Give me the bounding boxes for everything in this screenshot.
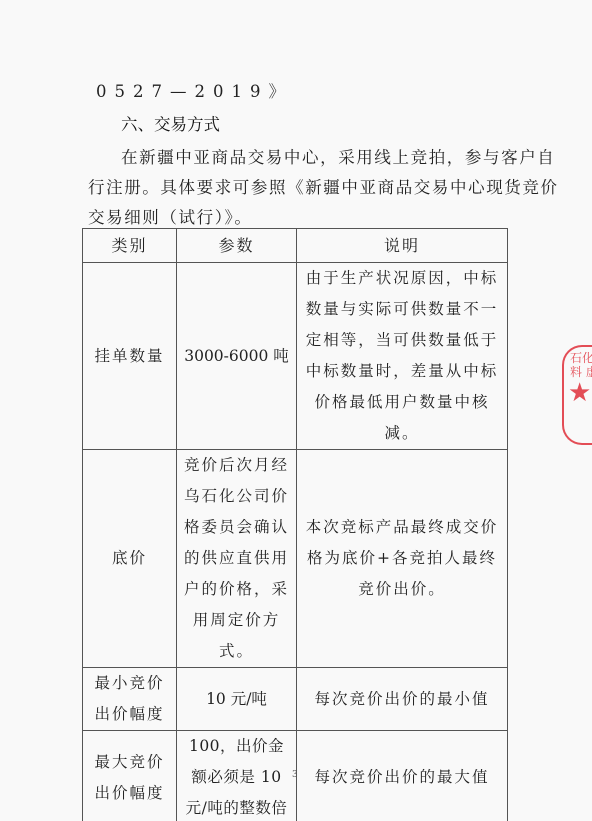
cell-description: 每次竞价出价的最小值 <box>297 668 508 731</box>
stamp-text-1: 石化 <box>570 351 592 365</box>
cell-parameter: 3000-6000 吨 <box>177 263 297 450</box>
table-row: 最小竞价出价幅度 10 元/吨 每次竞价出价的最小值 <box>83 668 508 731</box>
cell-parameter: 10 元/吨 <box>177 668 297 731</box>
star-icon: ★ <box>568 379 592 407</box>
header-description: 说明 <box>297 229 508 263</box>
cell-parameter: 竞价后次月经乌石化公司价格委员会确认的供应直供用户的价格，采用周定价方式。 <box>177 450 297 668</box>
table-row: 挂单数量 3000-6000 吨 由于生产状况原因，中标数量与实际可供数量不一定… <box>83 263 508 450</box>
official-seal-stamp: 石化 料 虚 ★ <box>562 345 592 445</box>
continuation-line: 0527—2019》 <box>96 78 293 102</box>
cell-description: 由于生产状况原因，中标数量与实际可供数量不一定相等，当可供数量低于中标数量时，差… <box>297 263 508 450</box>
paragraph-line-2: 行注册。具体要求可参照《新疆中亚商品交易中心现货竞价 <box>88 174 559 198</box>
cell-category: 底价 <box>83 450 177 668</box>
paragraph-line-3: 交易细则（试行）》。 <box>88 204 253 228</box>
page-number: 3 <box>292 770 298 780</box>
header-category: 类别 <box>83 229 177 263</box>
stamp-text-2: 料 虚 <box>570 365 592 379</box>
paragraph-line-1: 在新疆中亚商品交易中心，采用线上竞拍，参与客户自 <box>121 144 555 168</box>
cell-category: 最小竞价出价幅度 <box>83 668 177 731</box>
cell-parameter: 100，出价金额必须是 10 元/吨的整数倍 <box>177 731 297 821</box>
cell-category: 最大竞价出价幅度 <box>83 731 177 821</box>
table-header-row: 类别 参数 说明 <box>83 229 508 263</box>
header-parameter: 参数 <box>177 229 297 263</box>
table-row: 底价 竞价后次月经乌石化公司价格委员会确认的供应直供用户的价格，采用周定价方式。… <box>83 450 508 668</box>
cell-description: 本次竞标产品最终成交价格为底价+各竞拍人最终竞价出价。 <box>297 450 508 668</box>
cell-description: 每次竞价出价的最大值 <box>297 731 508 821</box>
trading-terms-table: 类别 参数 说明 挂单数量 3000-6000 吨 由于生产状况原因，中标数量与… <box>82 228 508 821</box>
cell-category: 挂单数量 <box>83 263 177 450</box>
section-heading: 六、交易方式 <box>121 111 220 135</box>
